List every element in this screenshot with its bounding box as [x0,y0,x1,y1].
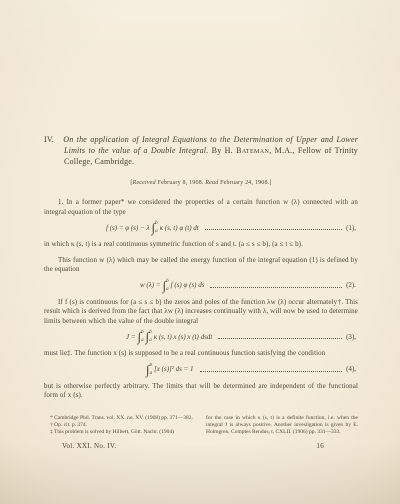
received-line: [Received February 8, 1908. Read Februar… [44,180,358,186]
page-content: IV. On the application of Integral Equat… [44,134,358,450]
received-label: Received [133,180,156,186]
dot-leaders [210,283,342,288]
volume-label: Vol. XXI. No. IV. [62,442,116,450]
paragraph-must-lie: must lie‡. The function x (s) is suppose… [44,349,358,359]
footnotes-right-column: for the case in which κ (s, t) is a defi… [206,415,358,436]
dot-leaders [218,334,342,339]
equation-2: w (λ) = ∫ba f (s) φ (s) ds (2). [44,279,358,292]
equation-4: ∫ba [x (s)]² ds = 1 (4), [44,363,358,376]
footnotes-left-column: * Cambridge Phil. Trans. vol. XX. no. XV… [44,415,196,436]
footnote-dagger: † Op. cit. p. 374. [44,422,196,429]
integral-icon: ∫ba [138,330,144,343]
paragraph-intro: 1. In a former paper* we considered the … [44,198,358,217]
paragraph-zeros-poles: If f (s) is continuous for (a ≤ s ≤ b) t… [44,298,358,327]
integral-icon: ∫ba [163,279,169,292]
scanned-paper-page: IV. On the application of Integral Equat… [0,0,400,504]
dot-leaders [200,367,343,372]
equation-3: J = ∫ba ∫ba κ (s, t) x (s) x (t) dsdt (3… [44,330,358,343]
byline-prefix: By H. [212,146,233,155]
paragraph-energy-function: This function w (λ) which may be called … [44,256,358,275]
footnote-asterisk: * Cambridge Phil. Trans. vol. XX. no. XV… [44,415,196,422]
page-footer: Vol. XXI. No. IV. 16 [44,442,358,450]
footnote-continuation: for the case in which κ (s, t) is a defi… [206,415,358,436]
article-number: IV. [44,135,54,144]
read-label: Read [205,180,218,186]
paragraph-kernel-note: in which κ (s, t) is a real continuous s… [44,240,358,250]
equation-number: (3), [346,333,356,341]
integral-icon: ∫ba [146,363,152,376]
dot-leaders [205,225,342,230]
page-number: 16 [316,442,324,450]
integral-icon: ∫ba [146,330,152,343]
footnotes: * Cambridge Phil. Trans. vol. XX. no. XV… [44,415,358,436]
footnote-double-dagger: ‡ This problem is solved by Hilbert, Göt… [44,429,196,436]
equation-number: (1), [346,224,356,232]
integral-icon: ∫ba [152,221,158,234]
paragraph-arbitrary: but is otherwise perfectly arbitrary. Th… [44,382,358,401]
equation-number: (2). [346,281,356,289]
equation-number: (4), [346,365,356,373]
author-name: Bateman [236,146,269,155]
article-title: IV. On the application of Integral Equat… [44,134,358,167]
equation-1: f (s) = φ (s) − λ ∫ba κ (s, t) φ (t) dt … [44,221,358,234]
